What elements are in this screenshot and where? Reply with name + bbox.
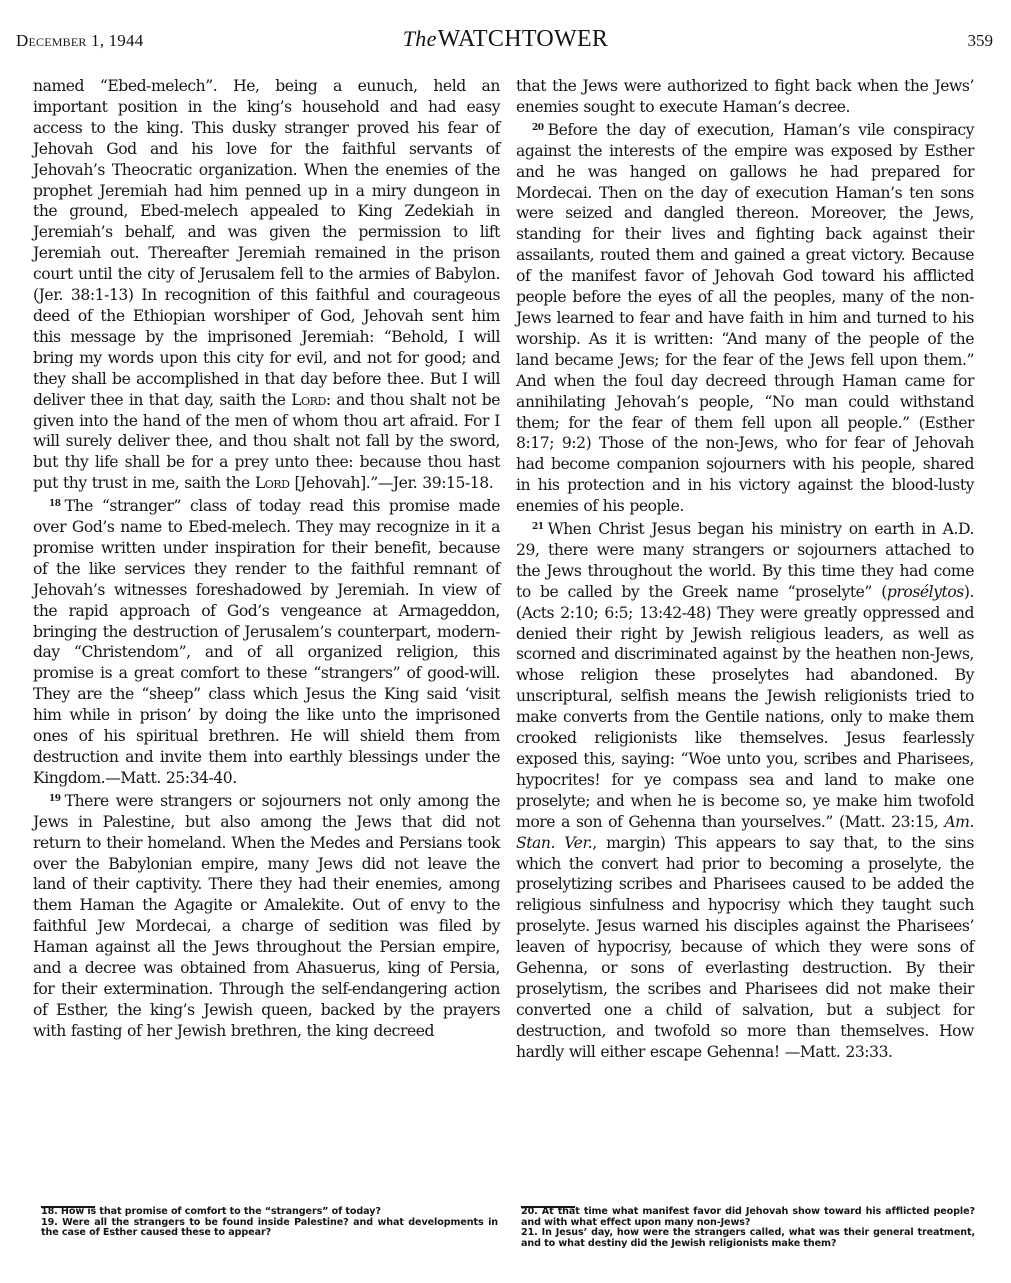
paragraph-20: 20Before the day of execution, Haman’s v… <box>516 118 974 517</box>
paragraph-21: 21When Christ Jesus began his ministry o… <box>516 517 974 1063</box>
paragraph-text: Before the day of execution, Haman’s vil… <box>516 121 974 515</box>
study-questions-left: 18. How is that promise of comfort to th… <box>41 1207 498 1239</box>
divine-name-lord: Lord <box>255 474 290 492</box>
paragraph-text: named “Ebed-melech”. He, being a eunuch,… <box>33 77 500 409</box>
right-column: that the Jews were authorized to fight b… <box>516 76 974 1063</box>
paragraph-19: 19There were strangers or sojourners not… <box>33 789 500 1042</box>
study-question-20: 20. At that time what manifest favor did… <box>521 1207 975 1228</box>
paragraph-continued: that the Jews were authorized to fight b… <box>516 76 974 118</box>
publication-masthead: TheWATCHTOWER <box>0 26 1011 53</box>
paragraph-number: 21 <box>532 522 544 532</box>
paragraph-number: 20 <box>532 123 544 133</box>
study-question-21: 21. In Jesus’ day, how were the stranger… <box>521 1228 975 1249</box>
paragraph-18: 18The “stranger” class of today read thi… <box>33 494 500 789</box>
masthead-prefix: The <box>403 26 437 51</box>
paragraph-number: 19 <box>49 794 61 804</box>
paragraph-text: [Jehovah].”—Jer. 39:15-18. <box>290 474 494 492</box>
study-question-19: 19. Were all the strangers to be found i… <box>41 1218 498 1239</box>
paragraph-text: , margin) This appears to say that, to t… <box>516 834 974 1061</box>
greek-term: prosélytos <box>887 583 964 601</box>
paragraph-text: ). (Acts 2:10; 6:5; 13:42-48) They were … <box>516 583 974 831</box>
page-header: December 1, 1944 TheWATCHTOWER 359 <box>0 0 1011 60</box>
paragraph-number: 18 <box>49 499 61 509</box>
divine-name-lord: Lord <box>291 391 326 409</box>
left-column: named “Ebed-melech”. He, being a eunuch,… <box>33 76 500 1042</box>
page-number: 359 <box>968 31 994 51</box>
paragraph-continued: named “Ebed-melech”. He, being a eunuch,… <box>33 76 500 494</box>
masthead-title: WATCHTOWER <box>438 26 609 52</box>
paragraph-text: The “stranger” class of today read this … <box>33 497 500 787</box>
study-questions-right: 20. At that time what manifest favor did… <box>521 1207 975 1249</box>
paragraph-text: that the Jews were authorized to fight b… <box>516 77 974 116</box>
paragraph-text: There were strangers or sojourners not o… <box>33 792 500 1040</box>
study-question-18: 18. How is that promise of comfort to th… <box>41 1207 498 1218</box>
